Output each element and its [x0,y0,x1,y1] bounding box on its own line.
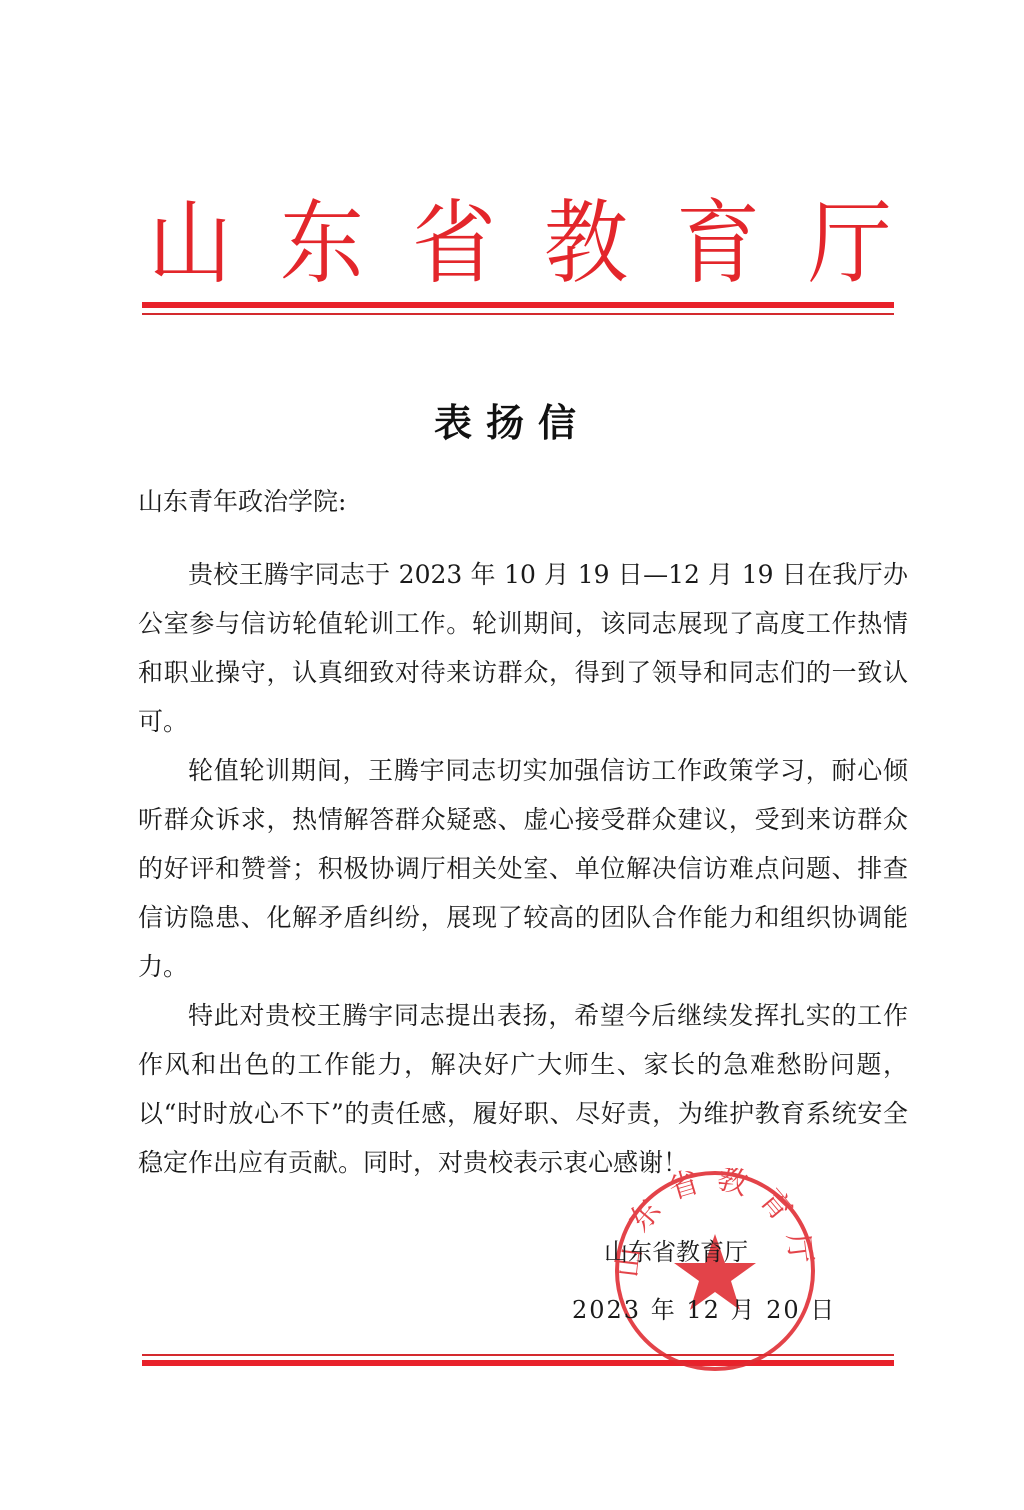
document-title: 表扬信 [0,392,1024,447]
letter-body: 贵校王腾宇同志于 2023 年 10 月 19 日—12 月 19 日在我厅办公… [138,550,908,1187]
letterhead-char: 厅 [800,197,900,288]
official-seal-icon: 山东省教育厅 [612,1168,818,1374]
letterhead-org-name: 山 东 省 教 育 厅 [140,191,900,294]
header-rule-thick [142,302,894,308]
letterhead-char: 育 [668,197,768,288]
signature-organization: 山东省教育厅 [604,1232,748,1267]
header-rule-thin [142,313,894,315]
body-paragraph: 特此对贵校王腾宇同志提出表扬，希望今后继续发挥扎实的工作作风和出色的工作能力，解… [138,991,908,1187]
letterhead-char: 教 [536,197,636,288]
signature-date: 2023 年 12 月 20 日 [572,1290,836,1325]
letterhead-char: 东 [272,197,372,288]
letterhead-char: 山 [140,197,240,288]
body-paragraph: 贵校王腾宇同志于 2023 年 10 月 19 日—12 月 19 日在我厅办公… [138,550,908,746]
letterhead-char: 省 [404,197,504,288]
salutation: 山东青年政治学院: [138,482,346,518]
body-paragraph: 轮值轮训期间，王腾宇同志切实加强信访工作政策学习，耐心倾听群众诉求，热情解答群众… [138,746,908,991]
